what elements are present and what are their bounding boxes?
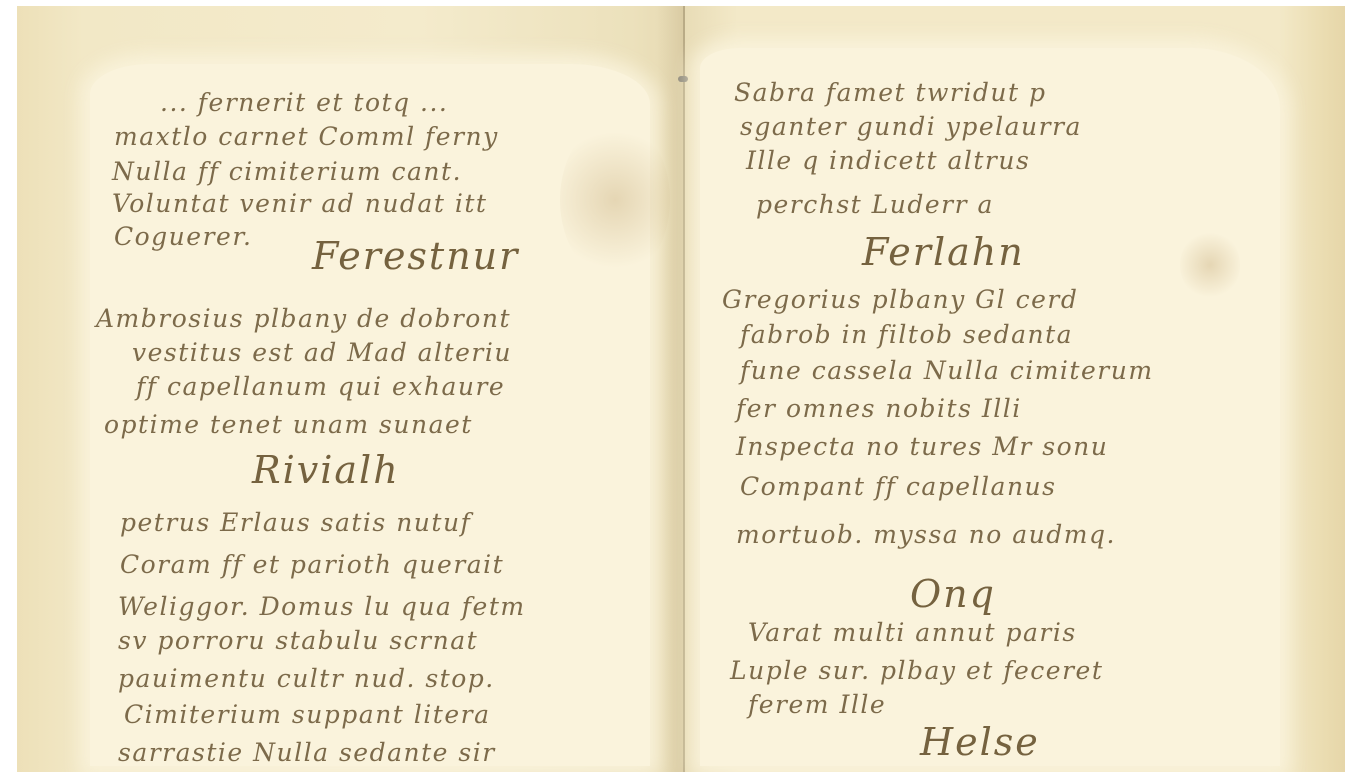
binding-mark	[678, 76, 688, 82]
manuscript-line: mortuob. myssa no audmq.	[736, 520, 1116, 549]
manuscript-line: pauimentu cultr nud. stop.	[118, 664, 495, 693]
fold-shadow	[657, 6, 683, 772]
manuscript-line: ferem Ille	[748, 690, 886, 719]
manuscript-line: sarrastie Nulla sedante sir	[118, 738, 496, 767]
manuscript-line: fer omnes nobits Illi	[736, 394, 1022, 423]
manuscript-line: fune cassela Nulla cimiterum	[740, 356, 1154, 385]
manuscript-line: fabrob in filtob sedanta	[740, 320, 1073, 349]
manuscript-line: Luple sur. plbay et feceret	[730, 656, 1103, 685]
manuscript-line: Coram ff et parioth querait	[120, 550, 504, 579]
manuscript-line: Weliggor. Domus lu qua fetm	[118, 592, 526, 621]
section-heading: Ferlahn	[862, 230, 1025, 274]
manuscript-line: sganter gundi ypelaurra	[740, 112, 1082, 141]
manuscript-line: sv porroru stabulu scrnat	[118, 626, 478, 655]
paper-stain	[560, 120, 670, 280]
binding-gutter	[683, 6, 685, 772]
manuscript-line: Cimiterium suppant litera	[124, 700, 491, 729]
section-heading: Onq	[910, 572, 996, 616]
manuscript-line: Ille q indicett altrus	[746, 146, 1030, 175]
manuscript-line: Coguerer.	[114, 222, 252, 251]
section-heading: Helse	[920, 720, 1040, 764]
manuscript-line: ff capellanum qui exhaure	[136, 372, 505, 401]
manuscript-line: optime tenet unam sunaet	[104, 410, 473, 439]
ink-stain	[1180, 230, 1240, 300]
manuscript-line: Voluntat venir ad nudat itt	[112, 189, 487, 218]
manuscript-line: Ambrosius plbany de dobront	[96, 304, 511, 333]
manuscript-line: Nulla ff cimiterium cant.	[112, 157, 462, 186]
manuscript-line: vestitus est ad Mad alteriu	[132, 338, 512, 367]
manuscript-line: perchst Luderr a	[756, 190, 994, 219]
manuscript-line: Gregorius plbany Gl cerd	[722, 285, 1078, 314]
manuscript-line: ... fernerit et totq ...	[160, 88, 448, 117]
manuscript-line: petrus Erlaus satis nutuf	[120, 508, 471, 537]
manuscript-line: Compant ff capellanus	[740, 472, 1056, 501]
manuscript-line: Inspecta no tures Mr sonu	[736, 432, 1108, 461]
manuscript-line: Sabra famet twridut p	[734, 78, 1046, 107]
manuscript-line: Varat multi annut paris	[748, 618, 1077, 647]
section-heading: Rivialh	[252, 448, 400, 492]
manuscript-line: maxtlo carnet Comml ferny	[114, 122, 499, 151]
section-heading: Ferestnur	[312, 234, 519, 278]
